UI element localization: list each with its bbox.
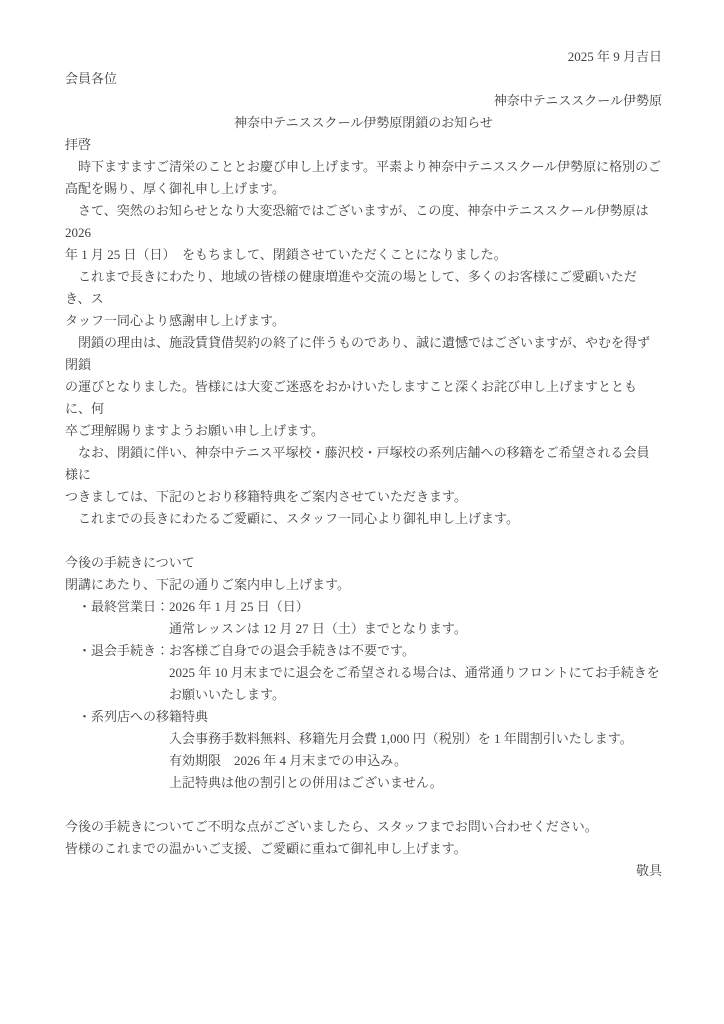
bullet-item-detail: 通常レッスンは 12 月 27 日（土）までとなります。 [65,618,662,640]
body-line: さて、突然のお知らせとなり大変恐縮ではございますが、この度、神奈中テニススクール… [65,200,662,244]
section-intro: 閉講にあたり、下記の通りご案内申し上げます。 [65,574,662,596]
body-line: の運びとなりました。皆様には大変ご迷惑をおかけいたしますこと深くお詫び申し上げま… [65,376,662,420]
body-line: 高配を賜り、厚く御礼申し上げます。 [65,178,662,200]
sender: 神奈中テニススクール伊勢原 [65,90,662,112]
section-heading: 今後の手続きについて [65,552,662,574]
body-line: これまでの長きにわたるご愛顧に、スタッフ一同心より御礼申し上げます。 [65,508,662,530]
closing-line: 皆様のこれまでの温かいご支援、ご愛顧に重ねて御礼申し上げます。 [65,838,662,860]
bullet-item-detail: 入会事務手数料無料、移籍先月会費 1,000 円（税別）を 1 年間割引いたしま… [65,728,662,750]
body-line: なお、閉鎖に伴い、神奈中テニス平塚校・藤沢校・戸塚校の系列店舗への移籍をご希望さ… [65,442,662,486]
bullet-item-detail: 上記特典は他の割引との併用はございません。 [65,772,662,794]
body-line: つきましては、下記のとおり移籍特典をご案内させていただきます。 [65,486,662,508]
body-line: 卒ご理解賜りますようお願い申し上げます。 [65,420,662,442]
addressee: 会員各位 [65,68,662,90]
body-line: タッフ一同心より感謝申し上げます。 [65,310,662,332]
bullet-item-withdrawal: ・退会手続き：お客様ご自身での退会手続きは不要です。 [65,640,662,662]
blank-line [65,530,662,552]
closing-line: 今後の手続きについてご不明な点がございましたら、スタッフまでお問い合わせください… [65,816,662,838]
salutation: 拝啓 [65,134,662,156]
bullet-item-detail: お願いいたします。 [65,684,662,706]
valediction: 敬具 [65,860,662,882]
document-title: 神奈中テニススクール伊勢原閉鎖のお知らせ [65,112,662,134]
bullet-item-detail: 2025 年 10 月末までに退会をご希望される場合は、通常通りフロントにてお手… [65,662,662,684]
bullet-item-last-business-day: ・最終営業日：2026 年 1 月 25 日（日） [65,596,662,618]
body-line: 時下ますますご清栄のこととお慶び申し上げます。平素より神奈中テニススクール伊勢原… [65,156,662,178]
letter-page: 2025 年 9 月吉日 会員各位 神奈中テニススクール伊勢原 神奈中テニススク… [0,0,724,1024]
body-line: 年 1 月 25 日（日） をもちまして、閉鎖させていただくことになりました。 [65,244,662,266]
body-line: これまで長きにわたり、地域の皆様の健康増進や交流の場として、多くのお客様にご愛顧… [65,266,662,310]
bullet-item-transfer-benefit: ・系列店への移籍特典 [65,706,662,728]
bullet-item-detail: 有効期限 2026 年 4 月末までの申込み。 [65,750,662,772]
blank-line [65,794,662,816]
body-line: 閉鎖の理由は、施設賃貸借契約の終了に伴うものであり、誠に遺憾ではございますが、や… [65,332,662,376]
date-line: 2025 年 9 月吉日 [65,46,662,68]
